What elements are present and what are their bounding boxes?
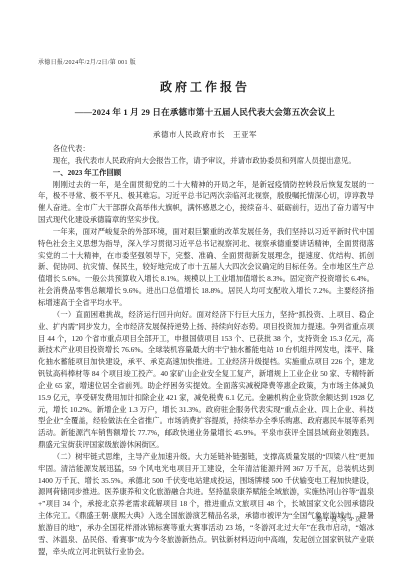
- newspaper-masthead: 承德日报/2024年/2月/2日/第 001 版: [38, 57, 136, 66]
- paragraph: 刚刚过去的一年，是全面贯彻党的二十大精神的开局之年，是新冠疫情防控转段后恢复发展…: [38, 179, 374, 226]
- paragraph: 一、2023 年工作回顾: [38, 167, 374, 179]
- author-line: 承德市人民政府市长 王亚军: [0, 129, 410, 140]
- paragraph: 一年来，面对严峻复杂的外部环境，面对艰巨繁重的改革发展任务，我们坚持以习近平新时…: [38, 226, 374, 309]
- paragraph: 各位代表：: [38, 143, 374, 155]
- report-subtitle: ——2024 年 1 月 29 日在承德市第十五届人民代表大会第五次会议上: [0, 106, 410, 118]
- paragraph: 现在，我代表市人民政府向大会报告工作，请予审议，并请市政协委员和列席人员提出意见…: [38, 155, 374, 167]
- paragraph: （二）树牢链式思维，主导产业加速升级。大力延链补链强链，支撑高质量发展的“四梁八…: [38, 451, 374, 558]
- document-page: 承德日报/2024年/2月/2日/第 001 版 政府工作报告 ——2024 年…: [0, 0, 410, 580]
- page-number: 第 1 页 共 9 页: [316, 514, 362, 523]
- page-title: 政府工作报告: [0, 78, 410, 95]
- report-body: 各位代表： 现在，我代表市人民政府向大会报告工作，请予审议，并请市政协委员和列席…: [38, 143, 374, 558]
- paragraph: （一）直面困难挑战，经济运行回升向好。面对经济下行巨大压力，坚持“抓投资、上项目…: [38, 309, 374, 451]
